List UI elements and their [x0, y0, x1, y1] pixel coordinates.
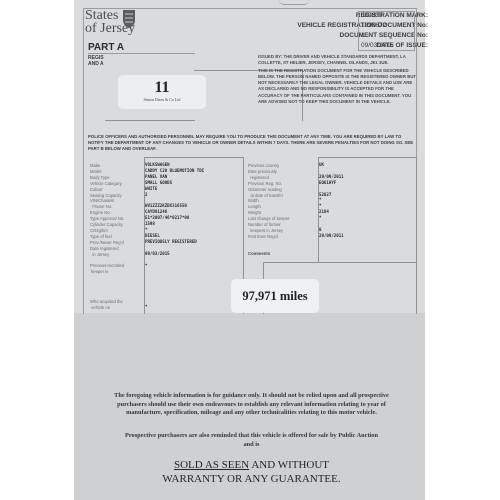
auction-reminder: Prospective purchasers are also reminded… [124, 432, 379, 449]
mileage-sticker: 97,971 miles [231, 279, 319, 313]
issuer-notice: ISSUED BY: THE DRIVER AND VEHICLE STANDA… [258, 54, 418, 105]
vehicle-detail-labels: Make Model Body Type Vehicle Category Co… [90, 163, 124, 258]
acquired-on-value: * [145, 304, 147, 310]
date-of-issue-value: 09/03/2015 [361, 41, 394, 51]
regis-line-2: AND A [88, 61, 104, 67]
jersey-crest-icon [122, 9, 136, 29]
sold-line1-rest: AND WITHOUT [249, 459, 329, 471]
comments-label: Comments [248, 251, 270, 256]
police-notice: POLICE OFFICERS AND AUTHORISED PERSONNEL… [88, 134, 414, 153]
auctioneer-name: Simon Drieu & Co Ltd [118, 97, 206, 103]
vehicle-history-labels: Previous country Date previously registe… [248, 163, 289, 240]
lot-number: 11 [118, 79, 206, 97]
sequence-number-value: 1 [361, 31, 394, 41]
registration-document-paper: States of Jersey PART A REGIS AND A 11 S… [74, 0, 425, 500]
registration-mark-value: J80858 [361, 11, 394, 21]
part-a-divider [88, 53, 195, 54]
acquired-on-label: Who acquired the vehicle on [90, 299, 123, 311]
issued-by-text: ISSUED BY: THE DRIVER AND VEHICLE STANDA… [258, 54, 418, 66]
part-a-heading: PART A [88, 42, 124, 53]
vehicle-history-values: UK 29/09/2011 EO61HYF 52827 * * 2184 * 0… [319, 162, 344, 239]
sold-as-seen-underlined: SOLD AS SEEN [174, 459, 249, 471]
pen-scribble [279, 0, 309, 5]
registration-notice-text: THIS IS THE REGISTRATION DOCUMENT FOR TH… [258, 68, 418, 105]
owner-box-underline [105, 120, 195, 121]
sold-line2: WARRANTY OR ANY GUARANTEE. [104, 472, 399, 486]
registered-keeper-label: REGIS AND A [88, 55, 104, 67]
lot-number-sticker: 11 Simon Drieu & Co Ltd [118, 75, 206, 109]
previous-keeper-value: * [145, 263, 147, 269]
states-of-jersey-logo: States of Jersey [85, 9, 135, 35]
vehicle-detail-values: VOLKSWAGEN CADDY C20 BLUEMOTION TDI PANE… [145, 162, 204, 257]
guidance-disclaimer: The foregoing vehicle information is for… [104, 392, 399, 418]
sold-as-seen-notice: SOLD AS SEEN AND WITHOUT WARRANTY OR ANY… [104, 458, 399, 486]
previous-keeper-label: Previous recorded keeper is [90, 263, 124, 275]
registration-values: J80858 1090672 1 09/03/2015 [361, 11, 394, 51]
document-number-value: 1090672 [361, 21, 394, 31]
